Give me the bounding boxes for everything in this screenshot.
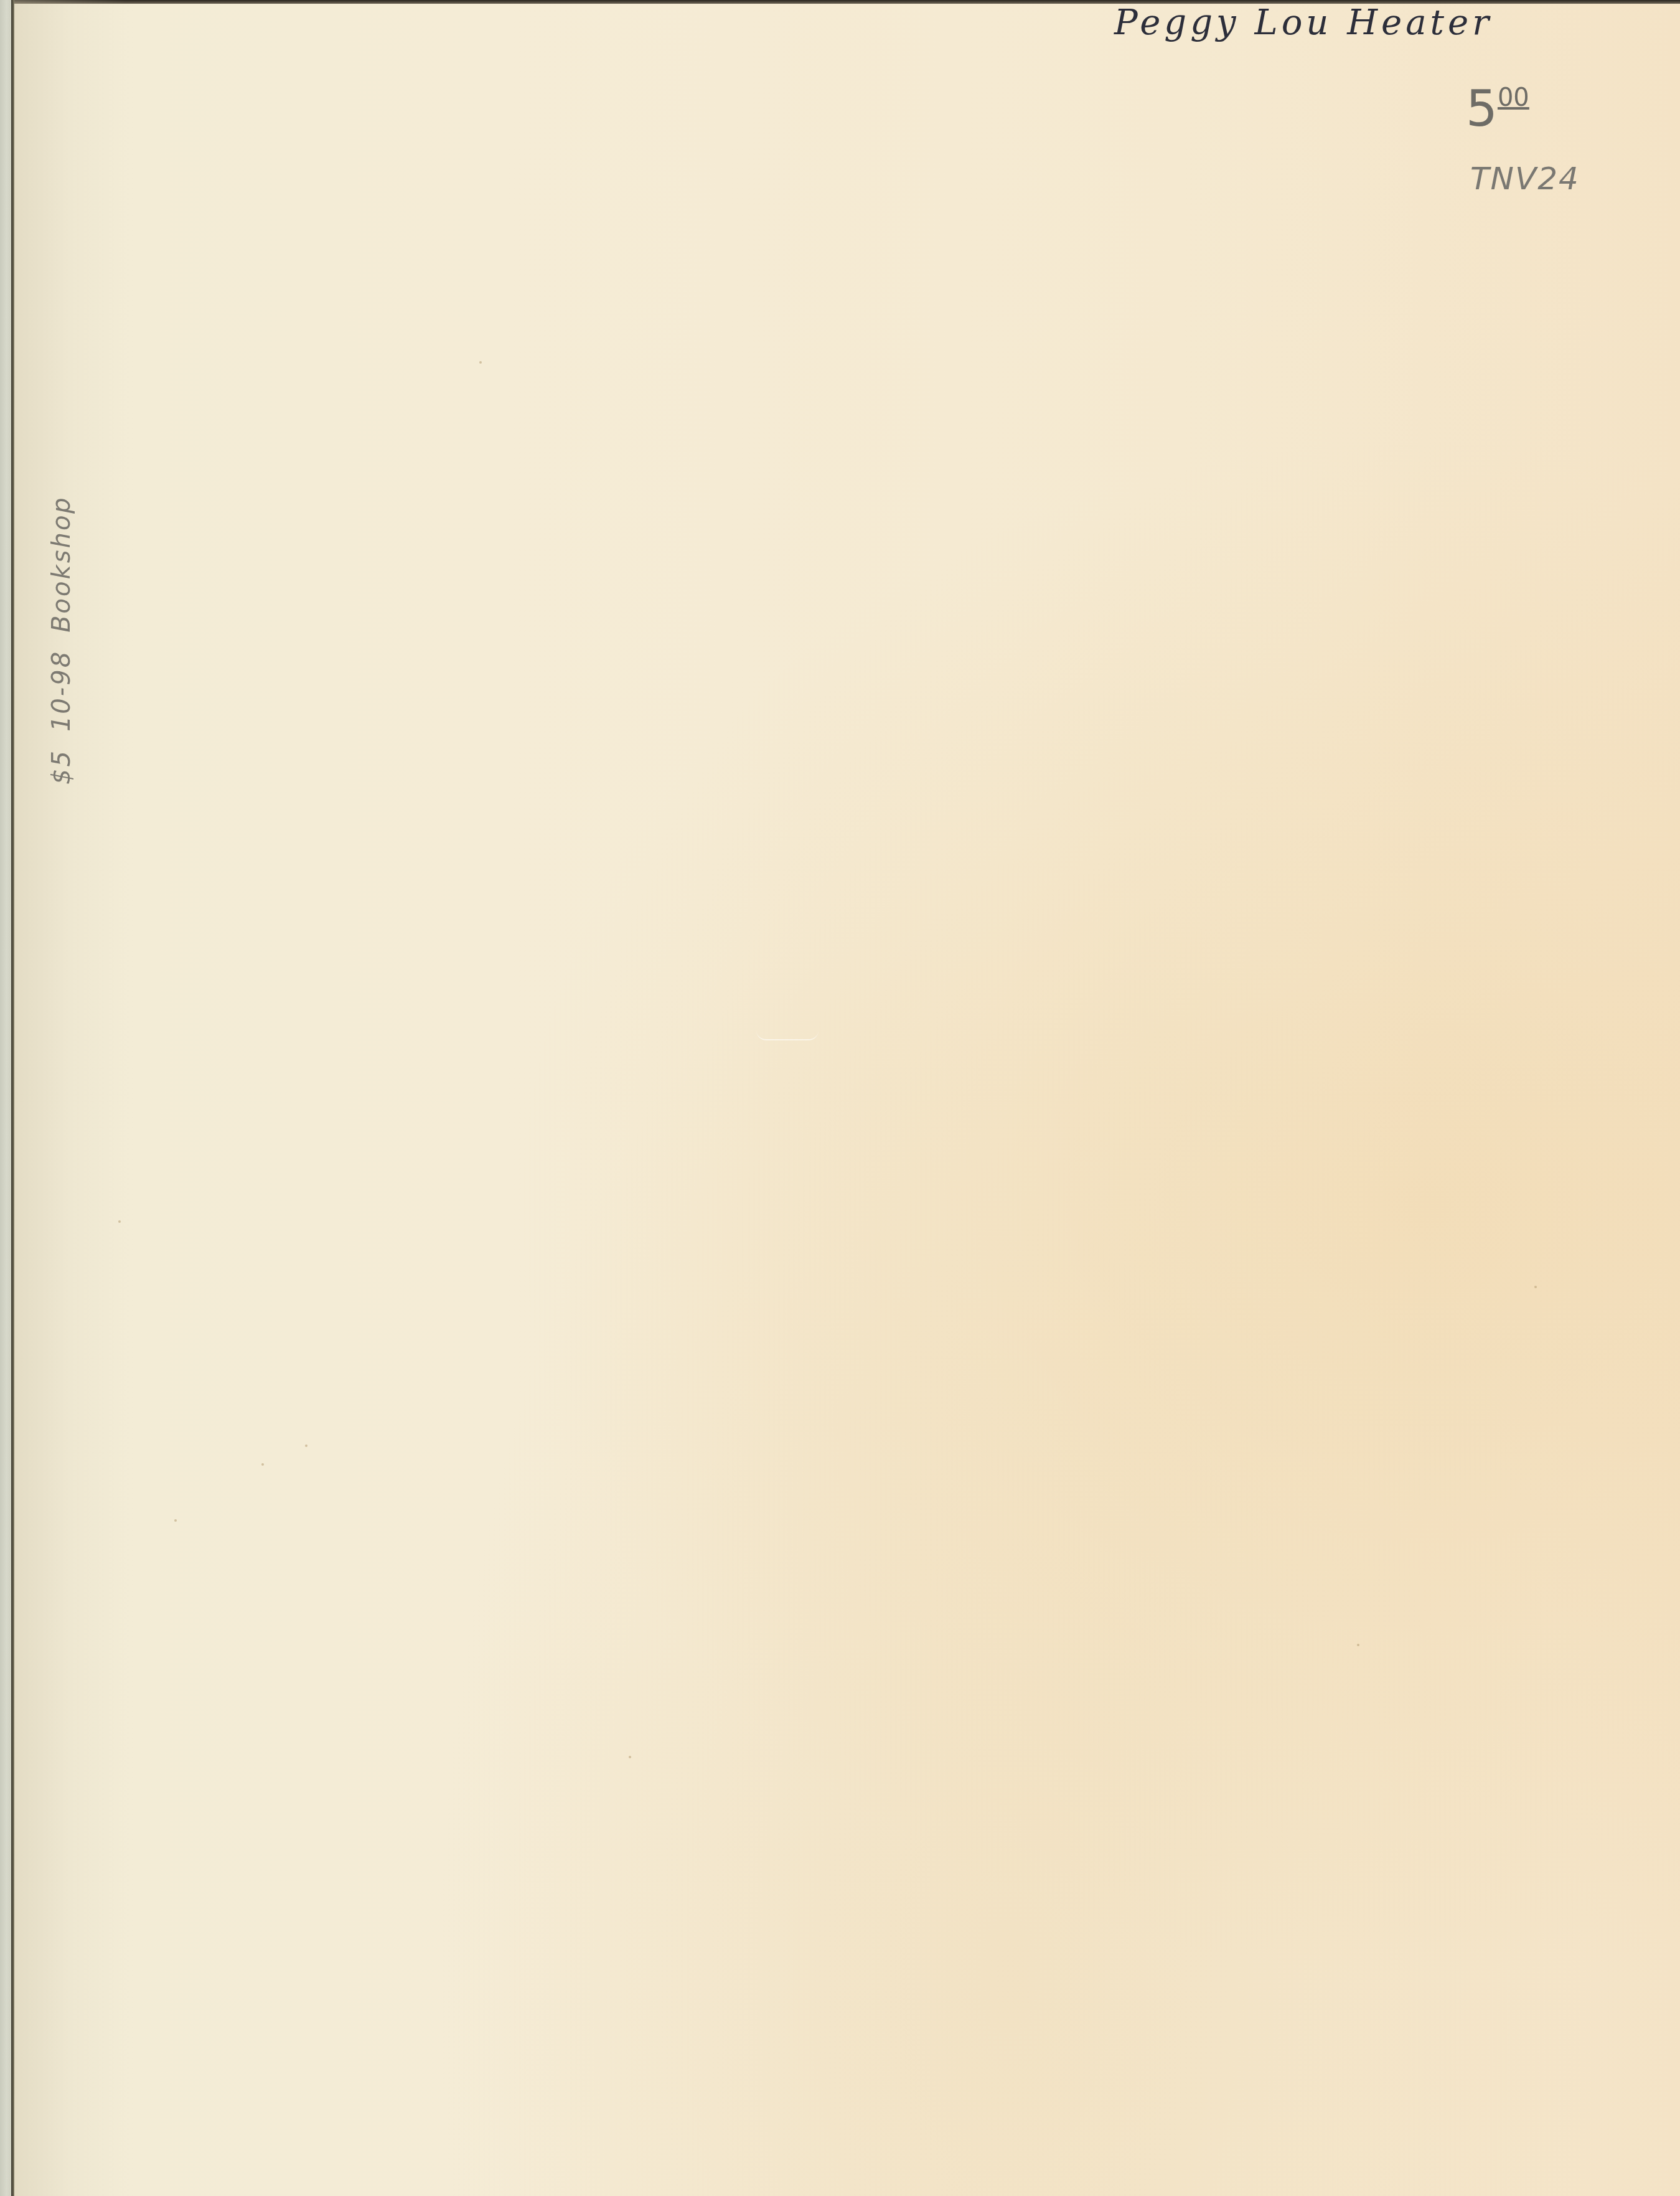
paper-speck [118, 1220, 121, 1223]
book-endpaper-page: Peggy Lou Heater 500 TNV24 $510-98Booksh… [0, 0, 1680, 2196]
paper-speck [629, 1756, 631, 1758]
paper-speck [479, 361, 482, 364]
margin-note-date: 10-98 [47, 650, 76, 732]
margin-note-price: $5 [47, 749, 76, 785]
vertical-margin-note: $510-98Bookshop [47, 478, 76, 785]
paper-speck [305, 1444, 307, 1447]
paper-speck [1534, 1286, 1537, 1288]
gutter-shade [14, 0, 126, 2196]
binding-spine-strip [0, 0, 11, 2196]
paper-speck [1357, 1644, 1359, 1646]
pencil-price-mark: 500 [1466, 84, 1529, 134]
paper-speck [174, 1519, 177, 1522]
owner-signature: Peggy Lou Heater [1114, 2, 1493, 43]
paper-crease-mark [756, 1030, 819, 1040]
price-main: 5 [1466, 80, 1498, 138]
paper-speck [261, 1463, 264, 1466]
pencil-dealer-code: TNV24 [1470, 163, 1580, 194]
margin-note-source: Bookshop [47, 496, 76, 633]
price-cents: 00 [1498, 83, 1529, 112]
